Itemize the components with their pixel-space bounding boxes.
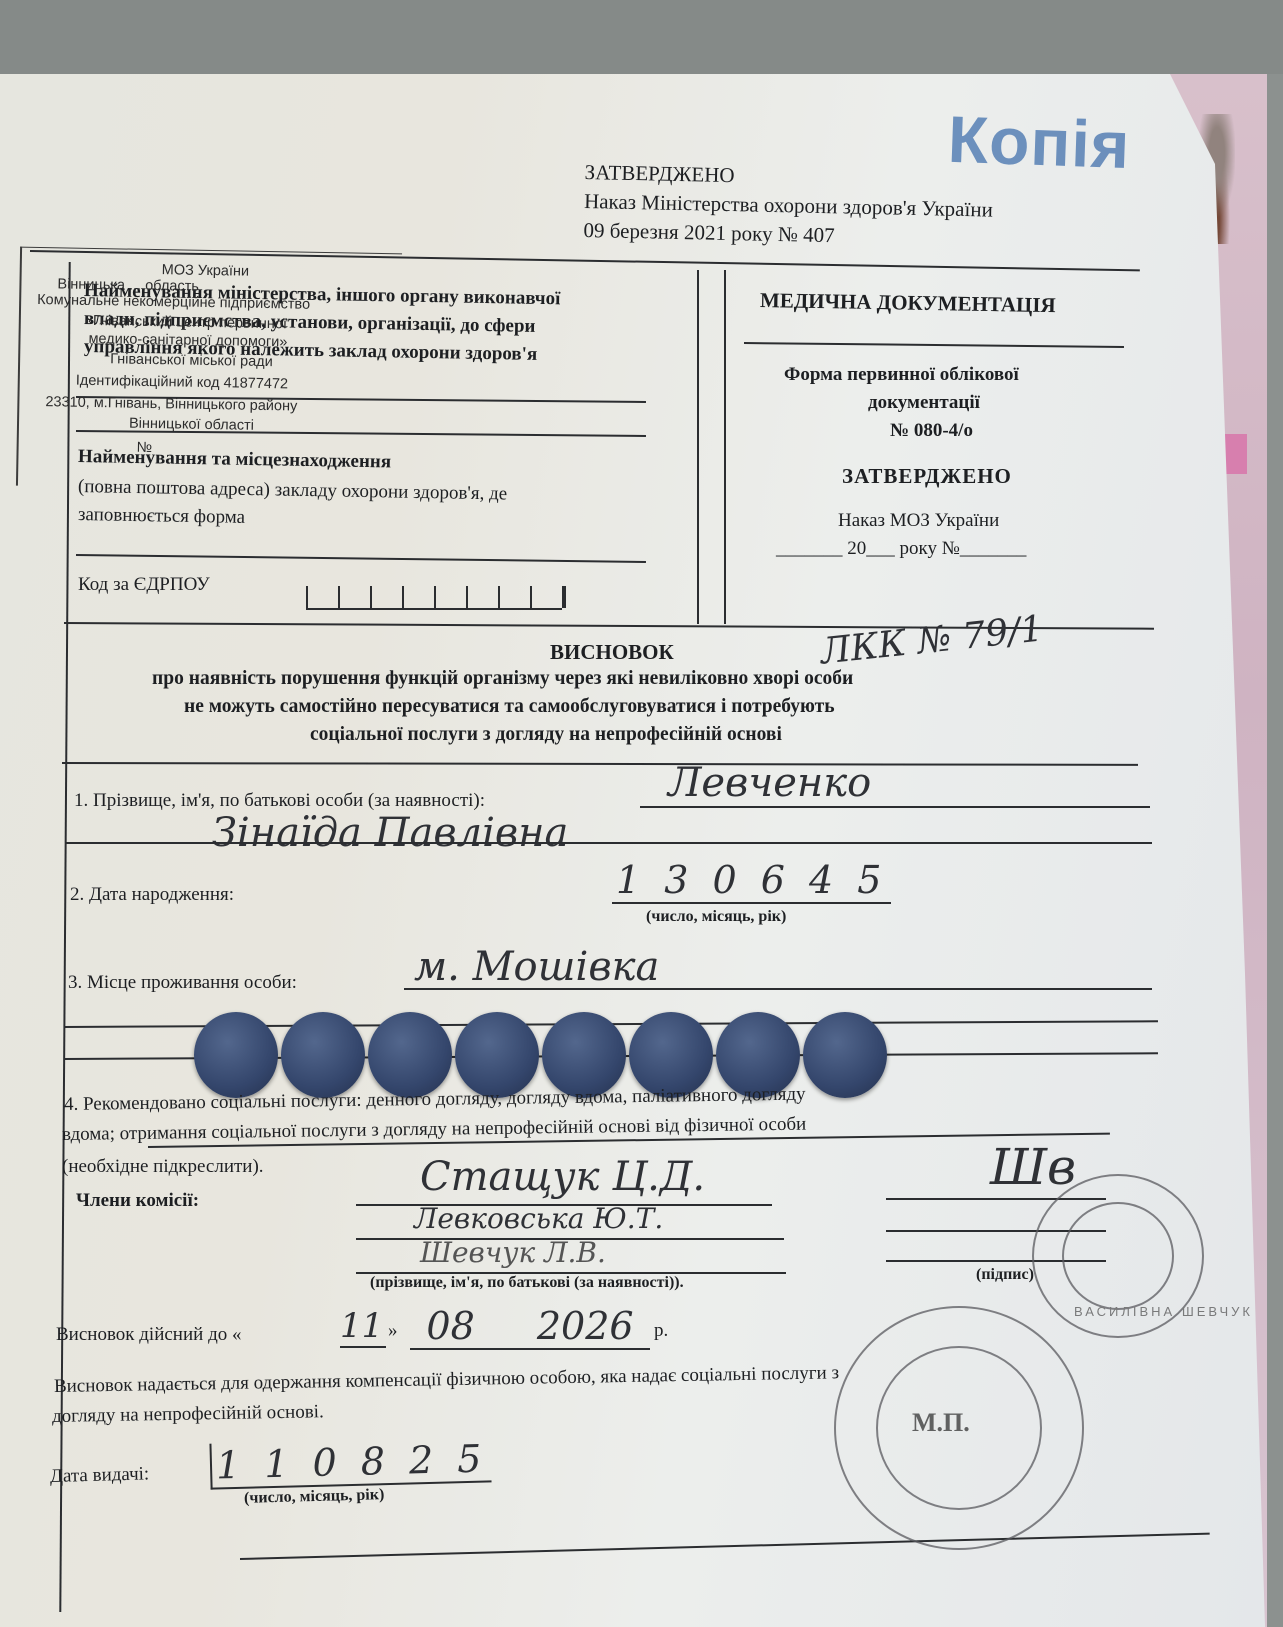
edrpou-code-boxes[interactable] (306, 586, 566, 610)
edrpou-box-end (562, 586, 566, 608)
commission-label: Члени комісії: (76, 1190, 199, 1212)
frame-divider-2 (724, 270, 726, 624)
edrpou-box[interactable] (370, 586, 402, 610)
edrpou-box[interactable] (466, 586, 498, 610)
conclusion-subtitle-l1: про наявність порушення функцій організм… (152, 668, 853, 690)
facility-label-l3: заповнюється форма (78, 504, 245, 529)
document-page: Копія ЗАТВЕРДЖЕНО Наказ Міністерства охо… (0, 74, 1265, 1627)
med-doc-title: МЕДИЧНА ДОКУМЕНТАЦІЯ (760, 288, 1056, 318)
signature-hint: (підпис) (976, 1266, 1034, 1284)
personal-seal-text: ВАСИЛІВНА ШЕВЧУК (1074, 1304, 1253, 1319)
stamp-line: Гніванської міської ради (110, 351, 273, 370)
name-underline-2 (66, 842, 1152, 844)
valid-until-quote-close: » (388, 1320, 398, 1342)
dob-label: 2. Дата народження: (70, 884, 234, 906)
conclusion-subtitle-l2: не можуть самостійно пересуватися та сам… (184, 696, 835, 718)
institution-round-seal: М.П. (834, 1306, 1084, 1550)
name-label: 1. Прізвище, ім'я, по батькові особи (за… (74, 790, 485, 812)
redaction-dot (281, 1012, 365, 1098)
issue-date-hint: (число, місяць, рік) (244, 1486, 385, 1508)
services-line3: (необхідне підкреслити). (62, 1156, 264, 1178)
issue-date-label: Дата видачі: (50, 1463, 150, 1488)
personal-seal: ВАСИЛІВНА ШЕВЧУК (1032, 1174, 1204, 1338)
stamp-line: Ідентифікаційний код 41877472 (76, 373, 289, 393)
name-value-given[interactable]: Зінаїда Павлівна (212, 810, 568, 856)
bottom-line (240, 1533, 1210, 1560)
redaction-dot (542, 1012, 626, 1098)
stamp-line: 23310, м.Гнівань, Вінницького району (45, 394, 297, 414)
edrpou-box[interactable] (434, 586, 466, 610)
facility-underline (76, 554, 646, 563)
valid-until-day[interactable]: 11 (340, 1306, 386, 1348)
edrpou-label: Код за ЄДРПОУ (78, 574, 210, 596)
stamp-line: «Гніванський центр первинної (85, 313, 287, 333)
stamp-line: Вінницької області (129, 416, 254, 434)
signature-mark: Шв (990, 1138, 1076, 1196)
form-order: Наказ МОЗ України (838, 510, 999, 532)
edrpou-box[interactable] (402, 586, 434, 610)
name-value-surname[interactable]: Левченко (668, 760, 871, 806)
institution-stamp: МОЗ України Вінницька ... область Комуна… (16, 247, 402, 493)
purpose-line2: догляду на непрофесійній основі. (52, 1401, 324, 1428)
redaction-dot (455, 1012, 539, 1098)
residence-underline-1 (404, 988, 1152, 990)
name-underline-1 (640, 806, 1150, 808)
edrpou-box[interactable] (530, 586, 562, 610)
valid-until-month: 08 (426, 1304, 474, 1348)
background-pink-tag (1225, 434, 1247, 474)
conclusion-title: ВИСНОВОК (550, 640, 674, 665)
services-line1: 4. Рекомендовано соціальні послуги: денн… (64, 1084, 806, 1116)
background-edge (1267, 74, 1283, 1627)
conclusion-subtitle-l3: соціальної послуги з догляду на непрофес… (310, 724, 782, 746)
purpose-line1: Висновок надається для одержання компенс… (54, 1362, 839, 1398)
conclusion-bottom-line (62, 762, 1138, 766)
edrpou-box[interactable] (498, 586, 530, 610)
form-label-l1: Форма первинної облікової (784, 364, 1019, 386)
valid-until-suffix: р. (654, 1320, 668, 1342)
valid-until-label: Висновок дійсний до « (56, 1324, 241, 1346)
member-1[interactable]: Стащук Ц.Д. (420, 1154, 705, 1200)
members-hint: (прізвище, ім'я, по батькові (за наявнос… (370, 1274, 684, 1292)
valid-until-year: 2026 (537, 1304, 634, 1348)
stamp-line: медико-санітарної допомоги» (88, 331, 287, 350)
med-doc-underline (744, 342, 1124, 348)
member-3[interactable]: Шевчук Л.В. (420, 1236, 606, 1269)
form-approved: ЗАТВЕРДЖЕНО (842, 464, 1012, 489)
redaction-dot (368, 1012, 452, 1098)
residence-value[interactable]: м. Мошівка (414, 944, 659, 990)
form-order-date: _______ 20___ року №_______ (776, 538, 1026, 560)
residence-label: 3. Місце проживання особи: (68, 972, 297, 994)
dob-value[interactable]: 1 3 0 6 4 5 (612, 858, 891, 904)
frame-divider-1 (697, 270, 699, 624)
conclusion-handwritten-number: ЛКК № 79/1 (818, 608, 1045, 672)
stamp-line: МОЗ України (162, 262, 250, 280)
redaction-dot (194, 1012, 278, 1098)
edrpou-box[interactable] (306, 586, 338, 610)
member-2[interactable]: Левковська Ю.Т. (414, 1202, 663, 1235)
redaction-dot (803, 1012, 887, 1098)
form-label-l2: документації (868, 392, 980, 414)
header-approval: ЗАТВЕРДЖЕНО Наказ Міністерства охорони з… (583, 158, 994, 254)
edrpou-box[interactable] (338, 586, 370, 610)
stamp-line: № (136, 440, 152, 456)
valid-until-month-year[interactable]: 08 2026 (410, 1304, 650, 1350)
stamp-line: Комунальне некомерційне підприємство (37, 292, 310, 313)
dob-hint: (число, місяць, рік) (646, 908, 786, 926)
form-number: № 080-4/о (890, 420, 973, 442)
issue-date-value[interactable]: 1 1 0 8 2 5 (209, 1436, 492, 1489)
seal-mp: М.П. (912, 1408, 970, 1438)
